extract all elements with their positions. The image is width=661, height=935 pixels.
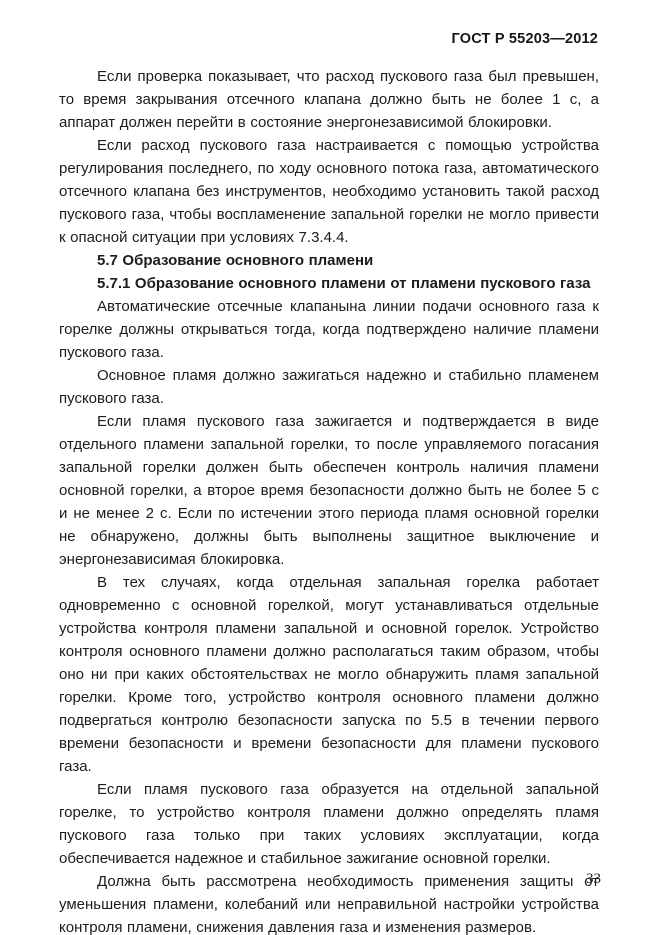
document-page: ГОСТ Р 55203—2012 Если проверка показыва…: [0, 0, 661, 935]
paragraph-main-flame-ignition: Основное пламя должно зажигаться надежно…: [59, 364, 599, 410]
paragraph-separate-pilot-burner: В тех случаях, когда отдельная запальная…: [59, 571, 599, 778]
page-number: 33: [586, 871, 601, 888]
paragraph-gas-flow-exceeded: Если проверка показывает, что расход пус…: [59, 65, 599, 134]
paragraph-flame-control-device: Если пламя пускового газа образуется на …: [59, 778, 599, 870]
paragraph-flame-reduction-protection: Должна быть рассмотрена необходимость пр…: [59, 870, 599, 935]
section-heading-5-7: 5.7 Образование основного пламени: [59, 249, 599, 272]
paragraph-automatic-valves: Автоматические отсечные клапанына линии …: [59, 295, 599, 364]
paragraph-gas-flow-adjustment: Если расход пускового газа настраивается…: [59, 134, 599, 249]
paragraph-pilot-flame-confirmation: Если пламя пускового газа зажигается и п…: [59, 410, 599, 571]
document-code-header: ГОСТ Р 55203—2012: [59, 31, 598, 47]
document-body: Если проверка показывает, что расход пус…: [59, 65, 599, 935]
section-heading-5-7-1: 5.7.1 Образование основного пламени от п…: [59, 272, 599, 295]
